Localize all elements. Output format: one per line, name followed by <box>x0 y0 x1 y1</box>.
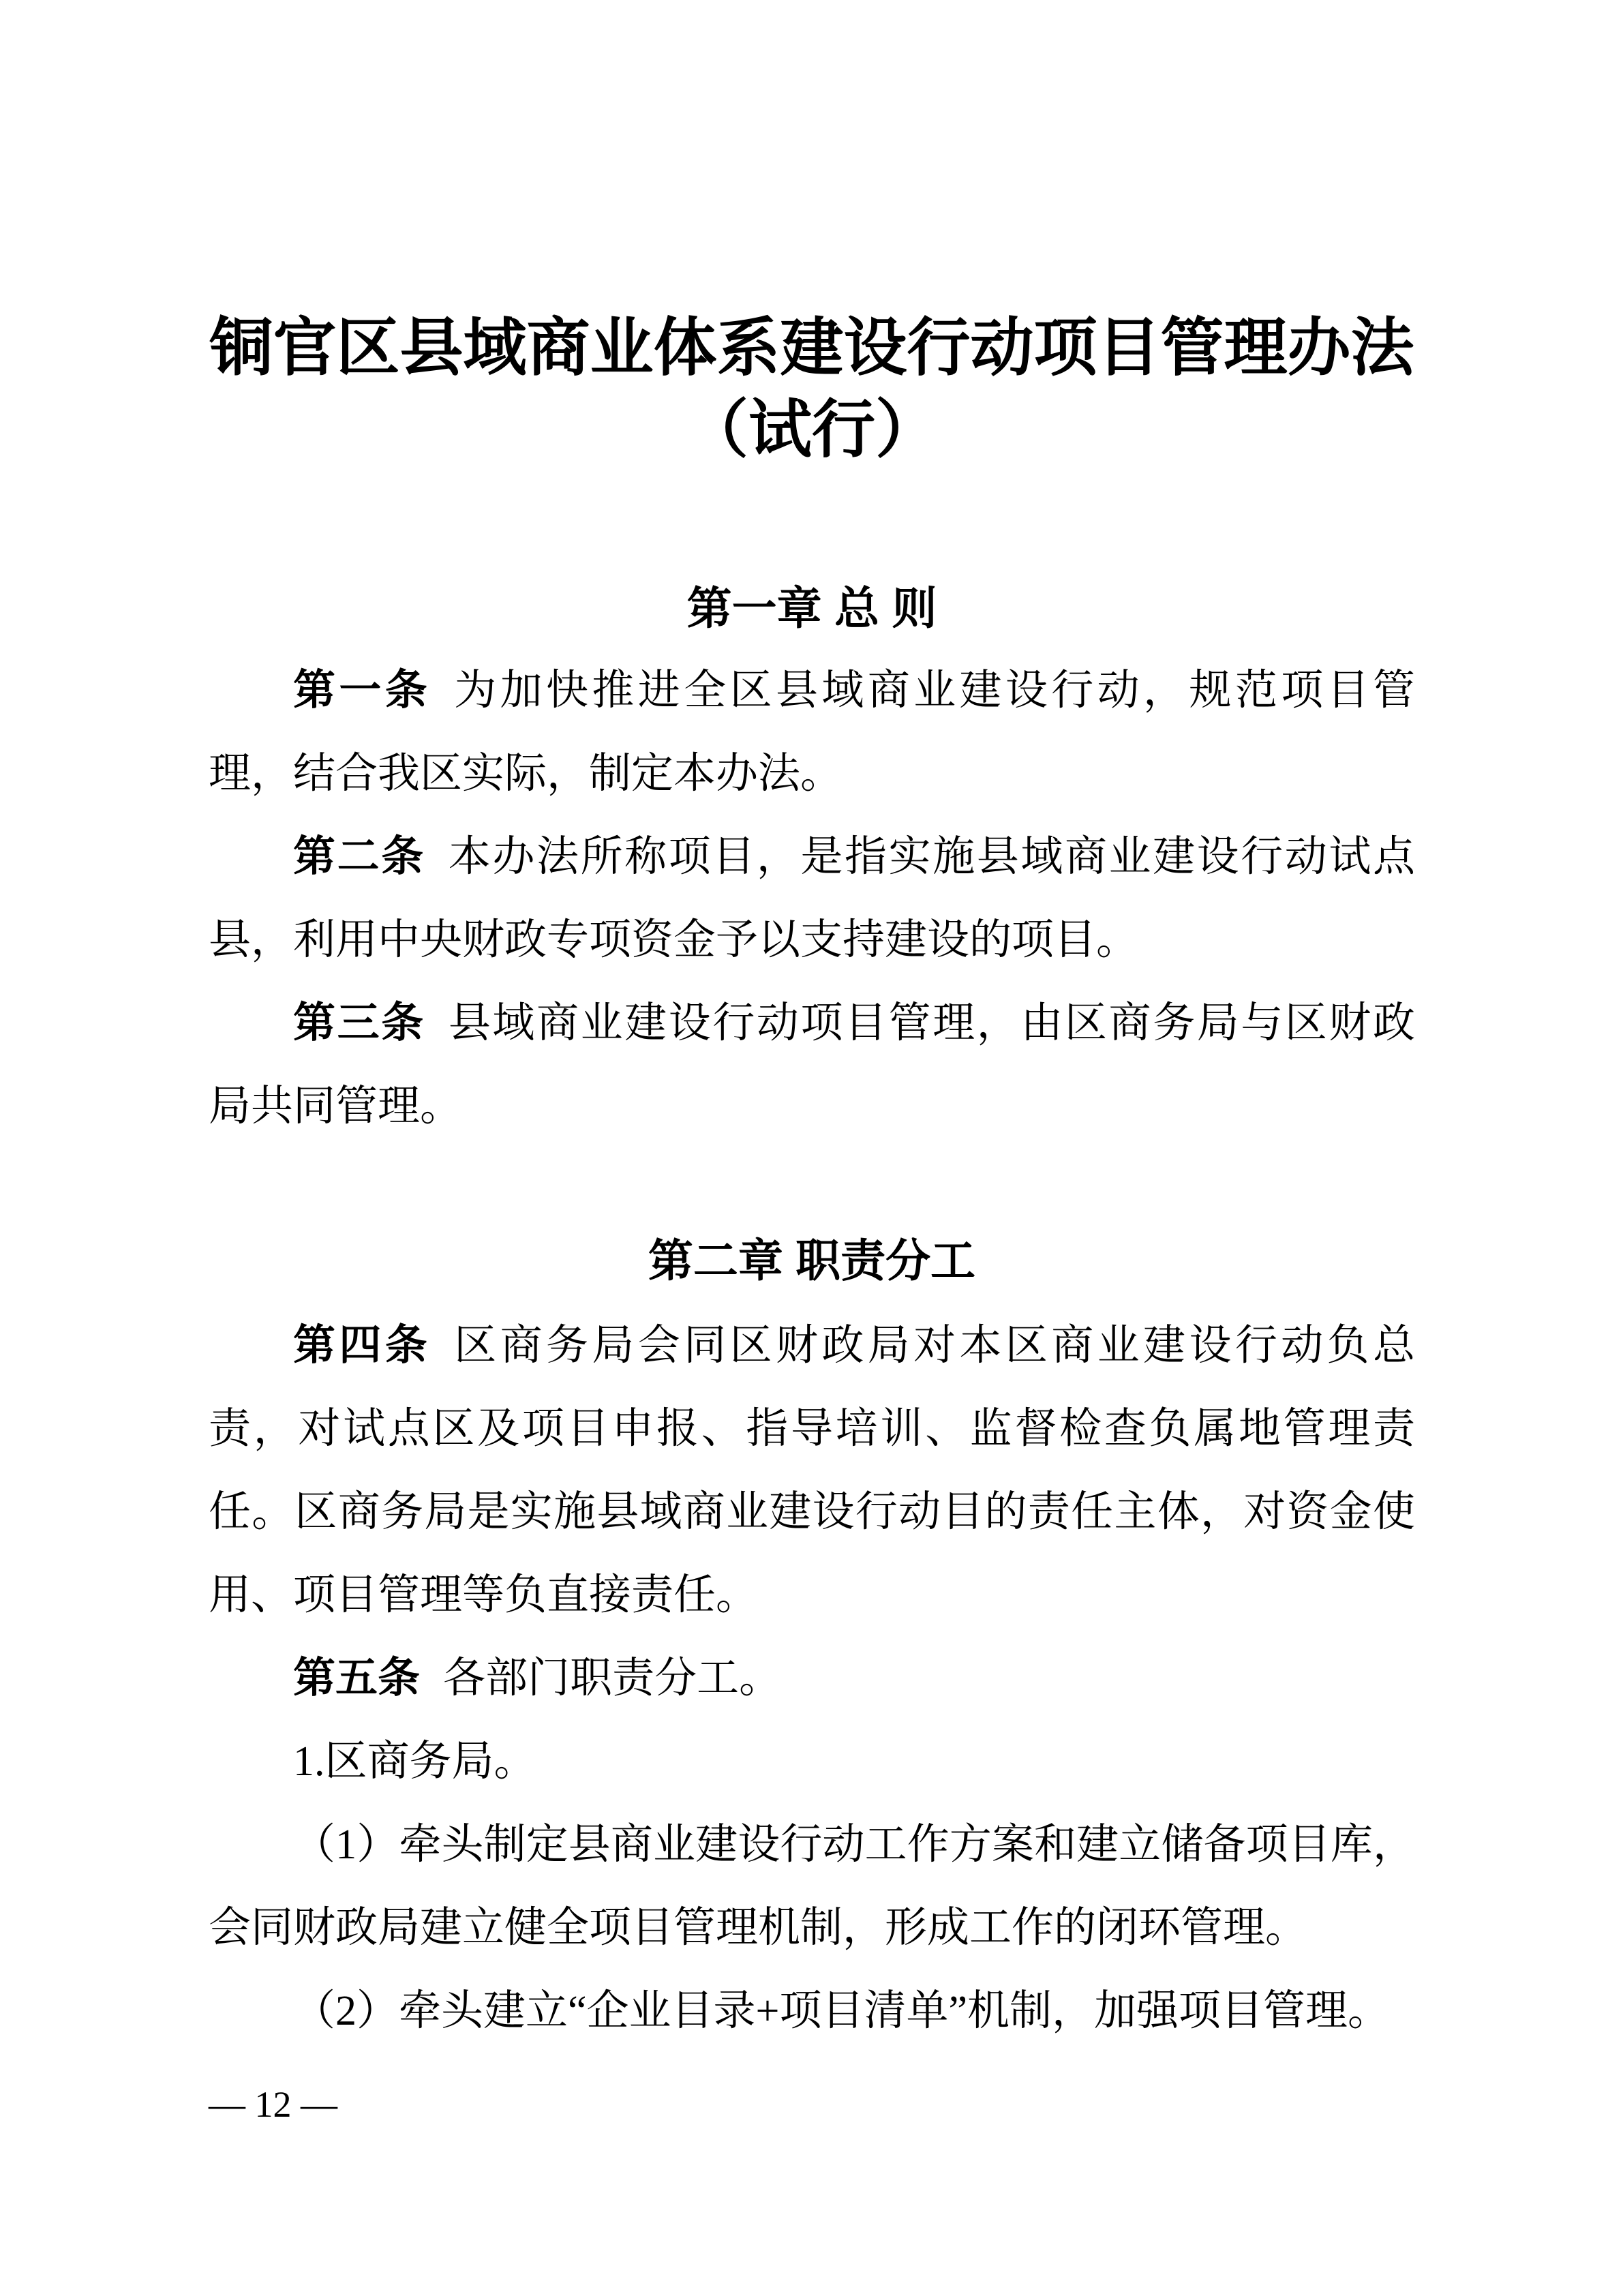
page-number: — 12 — <box>209 2083 337 2126</box>
chapter-2-heading: 第二章 职责分工 <box>209 1233 1415 1288</box>
article-label: 第四条 <box>293 1322 431 1369</box>
document-title: 铜官区县域商业体系建设行动项目管理办法 （试行） <box>209 0 1415 472</box>
article-paragraph: 第二条本办法所称项目，是指实施县域商业建设行动试点县，利用中央财政专项资金予以支… <box>209 815 1415 982</box>
article-text: （1）牵头制定县商业建设行动工作方案和建立储备项目库，会同财政局建立健全项目管理… <box>209 1822 1415 1951</box>
article-paragraph: （2）牵头建立“企业目录+项目清单”机制，加强项目管理。 <box>209 1969 1415 2053</box>
article-text: 各部门职责分工。 <box>443 1655 781 1702</box>
article-label: 第三条 <box>293 999 425 1046</box>
article-paragraph: 第五条各部门职责分工。 <box>209 1637 1415 1720</box>
article-label: 第一条 <box>293 667 431 714</box>
article-paragraph: （1）牵头制定县商业建设行动工作方案和建立储备项目库，会同财政局建立健全项目管理… <box>209 1803 1415 1969</box>
article-paragraph: 第四条区商务局会同区财政局对本区商业建设行动负总责，对试点区及项目申报、指导培训… <box>209 1304 1415 1637</box>
document-content: 铜官区县域商业体系建设行动项目管理办法 （试行） 第一章 总 则 第一条为加快推… <box>209 0 1415 2053</box>
article-paragraph: 第三条县域商业建设行动项目管理，由区商务局与区财政局共同管理。 <box>209 982 1415 1148</box>
article-label: 第二条 <box>293 833 425 880</box>
document-title-line2: （试行） <box>209 390 1415 472</box>
chapter-2-body: 第四条区商务局会同区财政局对本区商业建设行动负总责，对试点区及项目申报、指导培训… <box>209 1304 1415 2053</box>
document-page: { "document": { "title_line1": "铜官区县域商业体… <box>0 0 1623 2296</box>
article-text: 1.区商务局。 <box>293 1738 536 1785</box>
article-paragraph: 第一条为加快推进全区县域商业建设行动，规范项目管理，结合我区实际，制定本办法。 <box>209 649 1415 815</box>
article-label: 第五条 <box>293 1655 420 1702</box>
chapter-1-heading: 第一章 总 则 <box>209 581 1415 635</box>
article-text: （2）牵头建立“企业目录+项目清单”机制，加强项目管理。 <box>293 1988 1390 2034</box>
document-title-line1: 铜官区县域商业体系建设行动项目管理办法 <box>209 308 1415 390</box>
chapter-1-body: 第一条为加快推进全区县域商业建设行动，规范项目管理，结合我区实际，制定本办法。 … <box>209 649 1415 1148</box>
article-paragraph: 1.区商务局。 <box>209 1720 1415 1803</box>
